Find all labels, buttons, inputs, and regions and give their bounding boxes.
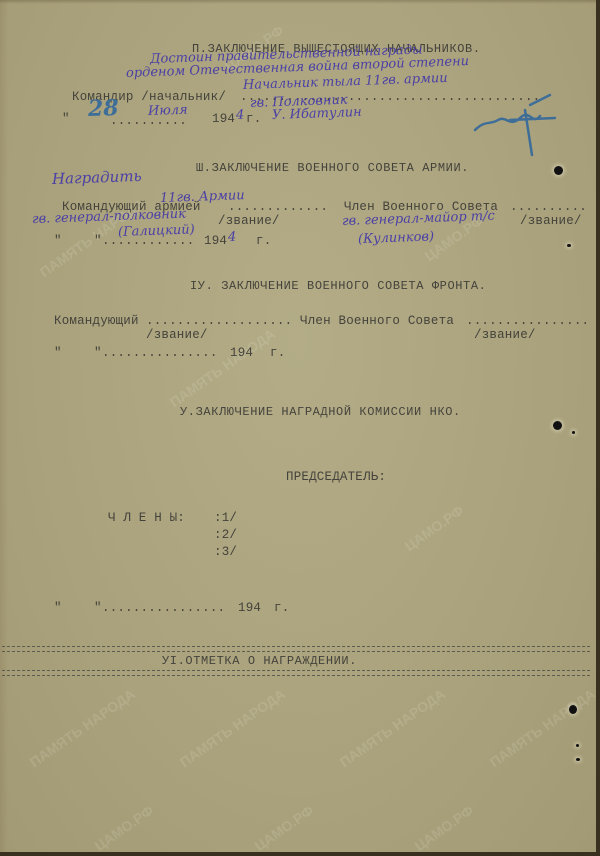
date-dots: ............ bbox=[102, 234, 194, 248]
handwritten-year-digit: 4 bbox=[228, 230, 237, 245]
date-dots: ............... bbox=[102, 346, 218, 360]
chairman-label: ПРЕДСЕДАТЕЛЬ: bbox=[286, 470, 386, 484]
section-3-title: Ш.ЗАКЛЮЧЕНИЕ ВОЕННОГО СОВЕТА АРМИИ. bbox=[196, 161, 469, 175]
watermark: ЦАМО.РФ bbox=[252, 802, 317, 854]
double-dashed-rule bbox=[2, 646, 590, 652]
front-member-label: Член Военного Совета bbox=[300, 314, 454, 328]
front-rank-right-label: /звание/ bbox=[474, 328, 536, 342]
section-6-title: УI.ОТМЕТКА О НАГРАЖДЕНИИ. bbox=[162, 654, 357, 668]
handwritten-year-digit: 4 bbox=[236, 108, 245, 123]
award-document-page: ЦАМО.РФ ПАМЯТЬ НАРОДА ЦАМО.РФ ПАМЯТЬ НАР… bbox=[0, 0, 600, 856]
year-suffix: г. bbox=[270, 346, 285, 360]
watermark: ЦАМО.РФ bbox=[402, 502, 467, 554]
watermark: ПАМЯТЬ НАРОДА bbox=[177, 686, 288, 771]
member-3: :3/ bbox=[214, 545, 237, 559]
date-quote-close: " bbox=[94, 234, 102, 248]
year: 194 bbox=[230, 346, 253, 360]
army-rank-right-label: /звание/ bbox=[520, 214, 582, 228]
front-commander-dots: ................... bbox=[146, 314, 292, 328]
date-quote-open: " bbox=[62, 112, 70, 126]
punch-hole bbox=[569, 705, 577, 714]
year: 194 bbox=[238, 601, 261, 615]
date-quote-open: " bbox=[54, 601, 62, 615]
handwritten-member-name: (Кулинков) bbox=[358, 229, 435, 247]
section-5-title: У.ЗАКЛЮЧЕНИЕ НАГРАДНОЙ КОМИССИИ НКО. bbox=[180, 405, 461, 419]
member-2: :2/ bbox=[214, 528, 237, 542]
handwritten-month: Июля bbox=[148, 103, 188, 119]
watermark: ПАМЯТЬ НАРОДА bbox=[27, 686, 138, 771]
date-quote-open: " bbox=[54, 346, 62, 360]
section-4-title: IУ. ЗАКЛЮЧЕНИЕ ВОЕННОГО СОВЕТА ФРОНТА. bbox=[190, 279, 486, 293]
punch-mark bbox=[572, 431, 575, 434]
date-quote-open: " bbox=[54, 234, 62, 248]
punch-hole bbox=[554, 166, 563, 175]
front-commander-label: Командующий bbox=[54, 314, 139, 328]
watermark: ПАМЯТЬ НАРОДА bbox=[337, 686, 448, 771]
handwritten-decision: Наградить bbox=[52, 167, 142, 188]
watermark: ЦАМО.РФ bbox=[412, 802, 477, 854]
army-rank-left-label: /звание/ bbox=[218, 214, 280, 228]
watermark: ЦАМО.РФ bbox=[92, 802, 157, 854]
date-quote-close: " bbox=[94, 601, 102, 615]
signature-icon bbox=[470, 90, 560, 160]
year-prefix: 194 bbox=[212, 112, 235, 126]
year-suffix: г. bbox=[256, 234, 271, 248]
year-suffix: г. bbox=[274, 601, 289, 615]
punch-mark bbox=[576, 744, 579, 747]
double-dashed-rule bbox=[2, 670, 590, 676]
watermark: ПАМЯТЬ НАРОДА bbox=[487, 686, 598, 771]
handwritten-signer-name: У. Ибатулин bbox=[272, 105, 362, 123]
year-prefix: 194 bbox=[204, 234, 227, 248]
year-suffix: г. bbox=[246, 112, 261, 126]
member-1: :1/ bbox=[214, 511, 237, 525]
date-dots: ................ bbox=[102, 601, 225, 615]
handwritten-commander-army: 11гв. Армии bbox=[160, 188, 245, 206]
date-quote-close: " bbox=[94, 346, 102, 360]
members-label: Ч Л Е Н Ы: bbox=[108, 511, 185, 525]
front-rank-left-label: /звание/ bbox=[146, 328, 208, 342]
front-member-dots: ................ bbox=[466, 314, 589, 328]
army-member-dots: .......... bbox=[510, 200, 587, 214]
punch-mark bbox=[567, 244, 571, 247]
punch-mark bbox=[576, 758, 580, 761]
punch-hole bbox=[553, 421, 562, 430]
